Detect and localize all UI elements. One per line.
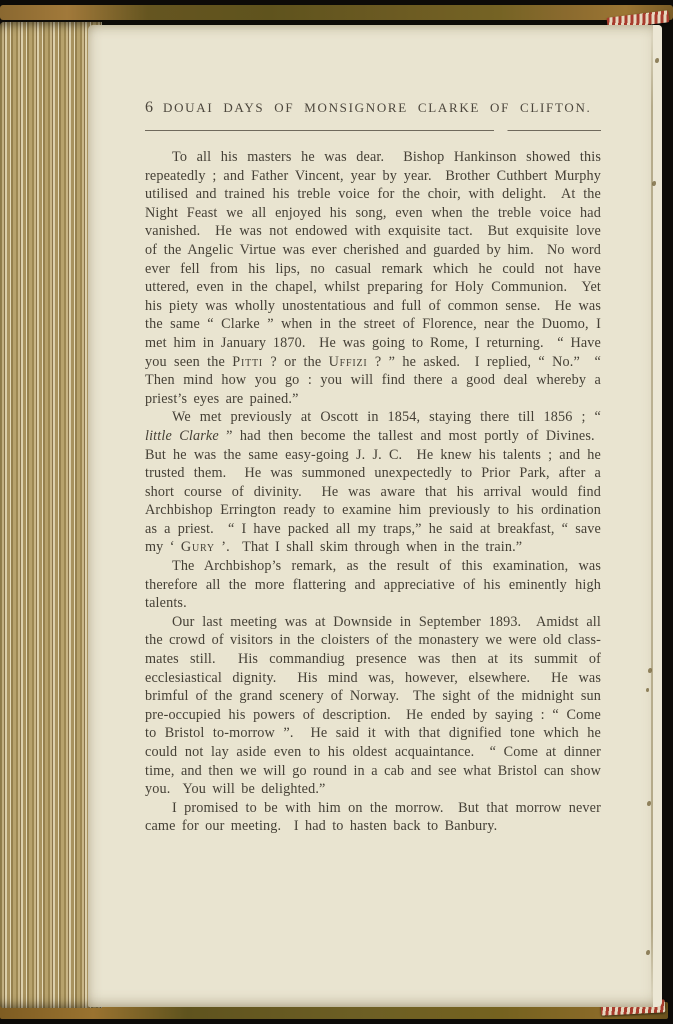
text-segment: I promised to be with him on the morrow.…	[145, 800, 601, 835]
text-segment: The Archbishop’s remark, as the result o…	[145, 558, 601, 611]
text-segment: ? or the	[263, 354, 329, 370]
page-header: 6 DOUAI DAYS OF MONSIGNORE CLARKE OF CLI…	[145, 99, 601, 117]
text-segment: Our last meeting was at Downside in Sept…	[145, 614, 601, 797]
page-blemish	[646, 950, 650, 955]
paragraph: To all his masters he was dear. Bishop H…	[145, 148, 601, 408]
paragraph: The Archbishop’s remark, as the result o…	[145, 557, 601, 613]
page-number: 6	[145, 99, 154, 117]
page-content: 6 DOUAI DAYS OF MONSIGNORE CLARKE OF CLI…	[145, 25, 601, 836]
text-segment: We met previously at Oscott in 1854, sta…	[172, 409, 601, 425]
running-title: DOUAI DAYS OF MONSIGNORE CLARKE OF CLIFT…	[154, 100, 602, 116]
paragraph: I promised to be with him on the morrow.…	[145, 799, 601, 836]
text-segment: Gury	[181, 539, 215, 555]
text-segment: Pitti	[232, 354, 263, 370]
text-segment: ” had then become the tallest and most p…	[145, 428, 601, 556]
page-right-crease	[651, 28, 653, 1004]
book-page: 6 DOUAI DAYS OF MONSIGNORE CLARKE OF CLI…	[88, 25, 662, 1007]
text-segment: ’. That I shall skim through when in the…	[215, 539, 522, 555]
book-cover-top-edge	[0, 5, 673, 20]
paragraph: We met previously at Oscott in 1854, sta…	[145, 408, 601, 557]
text-segment: To all his masters he was dear. Bishop H…	[145, 149, 601, 370]
text-segment: Uffizi	[329, 354, 368, 370]
paragraph: Our last meeting was at Downside in Sept…	[145, 613, 601, 799]
text-segment: little Clarke	[145, 428, 219, 444]
page-right-strip	[653, 25, 662, 1007]
page-blemish	[646, 688, 649, 692]
scanned-book-page: 6 DOUAI DAYS OF MONSIGNORE CLARKE OF CLI…	[0, 0, 673, 1024]
header-rule	[145, 130, 601, 131]
page-edges-left	[0, 22, 102, 1008]
page-text: To all his masters he was dear. Bishop H…	[145, 148, 601, 836]
